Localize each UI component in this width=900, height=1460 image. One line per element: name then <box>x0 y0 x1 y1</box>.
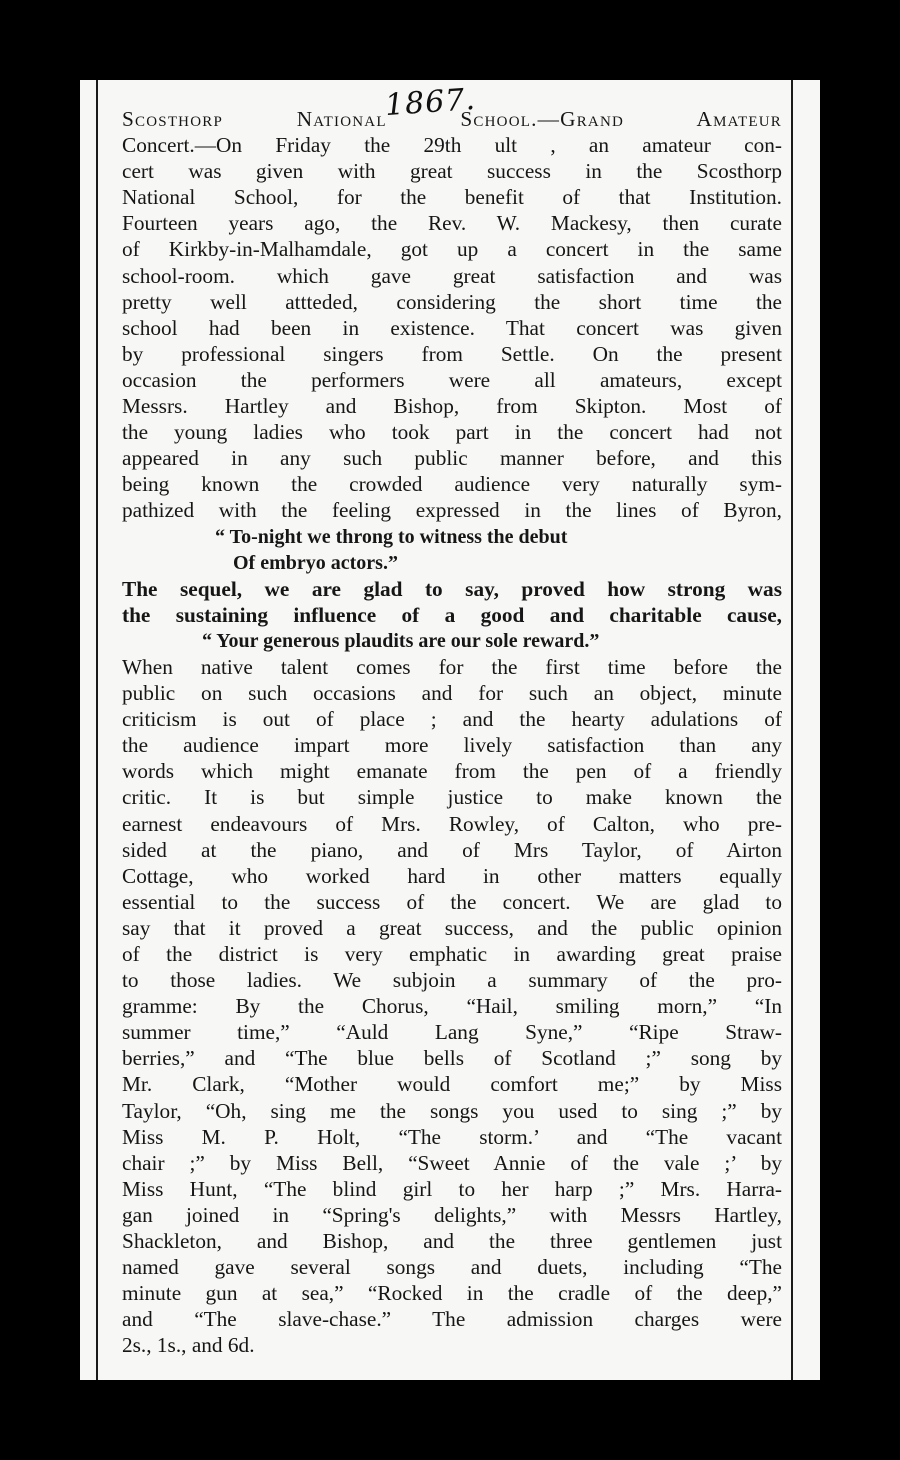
newspaper-clipping: 1867. Scosthorp National School.—Grand A… <box>80 80 820 1380</box>
plaudits-quote: “ Your generous plaudits are our sole re… <box>122 628 782 654</box>
article-body-part-2: The sequel, we are glad to say, proved h… <box>122 576 782 628</box>
text-line: occasion the performers were all amateur… <box>122 367 782 393</box>
text-line: gramme: By the Chorus, “Hail, smiling mo… <box>122 993 782 1019</box>
text-line: berries,” and “The blue bells of Scotlan… <box>122 1045 782 1071</box>
text-line: critic. It is but simple justice to make… <box>122 784 782 810</box>
text-line: pathized with the feeling expressed in t… <box>122 497 782 523</box>
text-line: say that it proved a great success, and … <box>122 915 782 941</box>
text-line: Cottage, who worked hard in other matter… <box>122 863 782 889</box>
text-line: words which might emanate from the pen o… <box>122 758 782 784</box>
text-line: being known the crowded audience very na… <box>122 471 782 497</box>
text-line: appeared in any such public manner befor… <box>122 445 782 471</box>
text-line: 2s., 1s., and 6d. <box>122 1332 782 1358</box>
text-line: The sequel, we are glad to say, proved h… <box>122 576 782 602</box>
text-line: Shackleton, and Bishop, and the three ge… <box>122 1228 782 1254</box>
text-line: public on such occasions and for such an… <box>122 680 782 706</box>
article-body-part-3: When native talent comes for the first t… <box>122 654 782 1359</box>
text-line: and “The slave-chase.” The admission cha… <box>122 1306 782 1332</box>
byron-quote-line-1: “ To-night we throng to witness the debu… <box>122 524 782 550</box>
text-line: gan joined in “Spring's delights,” with … <box>122 1202 782 1228</box>
text-line: of Kirkby-in-Malhamdale, got up a concer… <box>122 236 782 262</box>
text-line: sided at the piano, and of Mrs Taylor, o… <box>122 837 782 863</box>
text-line: earnest endeavours of Mrs. Rowley, of Ca… <box>122 811 782 837</box>
text-line: Mr. Clark, “Mother would comfort me;” by… <box>122 1071 782 1097</box>
text-line: essential to the success of the concert.… <box>122 889 782 915</box>
text-line: named gave several songs and duets, incl… <box>122 1254 782 1280</box>
column-rule-right <box>791 80 793 1380</box>
headline: Scosthorp National School.—Grand Amateur <box>122 106 782 132</box>
text-line: the sustaining influence of a good and c… <box>122 602 782 628</box>
text-line: minute gun at sea,” “Rocked in the cradl… <box>122 1280 782 1306</box>
text-line: school had been in existence. That conce… <box>122 315 782 341</box>
text-line: cert was given with great success in the… <box>122 158 782 184</box>
text-line: summer time,” “Auld Lang Syne,” “Ripe St… <box>122 1019 782 1045</box>
text-line: of the district is very emphatic in awar… <box>122 941 782 967</box>
text-line: Messrs. Hartley and Bishop, from Skipton… <box>122 393 782 419</box>
text-line: Miss M. P. Holt, “The storm.’ and “The v… <box>122 1124 782 1150</box>
column-rule-left <box>96 80 98 1380</box>
text-line: school-room. which gave great satisfacti… <box>122 263 782 289</box>
article-column: Scosthorp National School.—Grand Amateur… <box>122 106 782 1359</box>
byron-quote-line-2: Of embryo actors.” <box>122 550 782 576</box>
text-line: criticism is out of place ; and the hear… <box>122 706 782 732</box>
text-line: the audience impart more lively satisfac… <box>122 732 782 758</box>
text-line: by professional singers from Settle. On … <box>122 341 782 367</box>
text-line: Taylor, “Oh, sing me the songs you used … <box>122 1098 782 1124</box>
text-line: Concert.—On Friday the 29th ult , an ama… <box>122 132 782 158</box>
article-body-part-1: Concert.—On Friday the 29th ult , an ama… <box>122 132 782 523</box>
text-line: Miss Hunt, “The blind girl to her harp ;… <box>122 1176 782 1202</box>
text-line: chair ;” by Miss Bell, “Sweet Annie of t… <box>122 1150 782 1176</box>
text-line: the young ladies who took part in the co… <box>122 419 782 445</box>
text-line: Fourteen years ago, the Rev. W. Mackesy,… <box>122 210 782 236</box>
text-line: National School, for the benefit of that… <box>122 184 782 210</box>
text-line: When native talent comes for the first t… <box>122 654 782 680</box>
text-line: pretty well attteded, considering the sh… <box>122 289 782 315</box>
text-line: to those ladies. We subjoin a summary of… <box>122 967 782 993</box>
